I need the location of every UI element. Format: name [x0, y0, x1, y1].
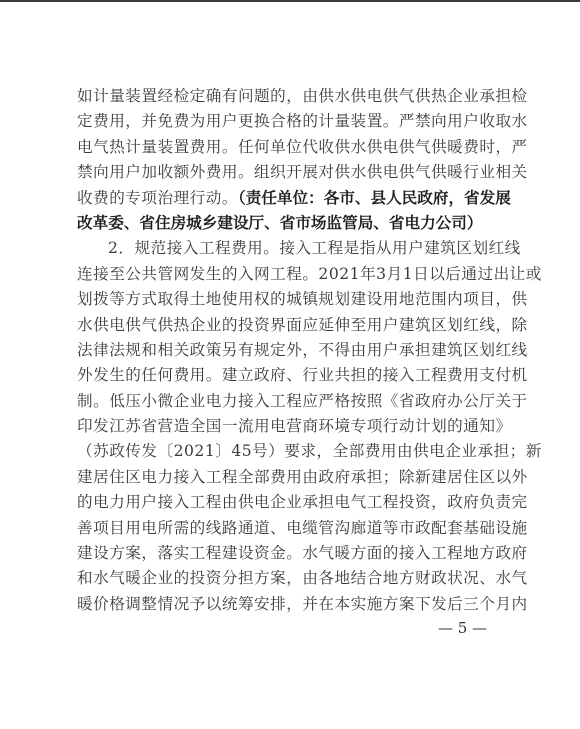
text-line: 和水气暖企业的投资分担方案，由各地结合地方财政状况、水气 [77, 566, 507, 591]
document-page: 如计量装置经检定确有问题的，由供水供电供气供热企业承担检 定费用，并免费为用户更… [0, 0, 580, 729]
text-line: 制。低压小微企业电力接入工程应严格按照《省政府办公厅关于 [77, 389, 507, 414]
text-line: 连接至公共管网发生的入网工程。2021年3月1日以后通过出让或 [77, 262, 507, 287]
responsible-units: （责任单位：各市、县人民政府，省发展 [238, 189, 511, 207]
paragraph-heading-line: 2．规范接入工程费用。接入工程是指从用户建筑区划红线 [77, 236, 507, 261]
text-line: 定费用，并免费为用户更换合格的计量装置。严禁向用户收取水 [77, 109, 507, 134]
text-line: 外发生的任何费用。建立政府、行业共担的接入工程费用支付机 [77, 363, 507, 388]
text-line: 暖价格调整情况予以统筹安排，并在本实施方案下发后三个月内 [77, 592, 507, 617]
text-line: 印发江苏省营造全国一流用电营商环境专项行动计划的通知》 [77, 414, 507, 439]
body-text: 如计量装置经检定确有问题的，由供水供电供气供热企业承担检 定费用，并免费为用户更… [77, 84, 507, 617]
page-number: — 5 — [438, 619, 487, 637]
text-line-responsibility-cont: 改革委、省住房城乡建设厅、省市场监管局、省电力公司） [77, 211, 507, 236]
text-line: 善项目用电所需的线路通道、电缆管沟廊道等市政配套基础设施 [77, 516, 507, 541]
text-line: 法律法规和相关政策另有规定外，不得由用户承担建筑区划红线 [77, 338, 507, 363]
text-line: 建设方案，落实工程建设资金。水气暖方面的接入工程地方政府 [77, 541, 507, 566]
text-line-responsibility: 收费的专项治理行动。（责任单位：各市、县人民政府，省发展 [77, 186, 507, 211]
responsible-units-cont: 改革委、省住房城乡建设厅、省市场监管局、省电力公司） [77, 214, 482, 232]
text-segment: 收费的专项治理行动。 [77, 189, 238, 207]
text-line: 建居住区电力接入工程全部费用由政府承担；除新建居住区以外 [77, 465, 507, 490]
text-line: 禁向用户加收额外费用。组织开展对供水供电供气供暖行业相关 [77, 160, 507, 185]
text-line: （苏政传发〔2021〕45号）要求，全部费用由供电企业承担；新 [77, 439, 507, 464]
text-line: 电气热计量装置费用。任何单位代收供水供电供气供暖费时，严 [77, 135, 507, 160]
text-line: 水供电供气供热企业的投资界面应延伸至用户建筑区划红线，除 [77, 313, 507, 338]
text-line: 划拨等方式取得土地使用权的城镇规划建设用地范围内项目，供 [77, 287, 507, 312]
text-line: 的电力用户接入工程由供电企业承担电气工程投资，政府负责完 [77, 490, 507, 515]
text-line: 如计量装置经检定确有问题的，由供水供电供气供热企业承担检 [77, 84, 507, 109]
